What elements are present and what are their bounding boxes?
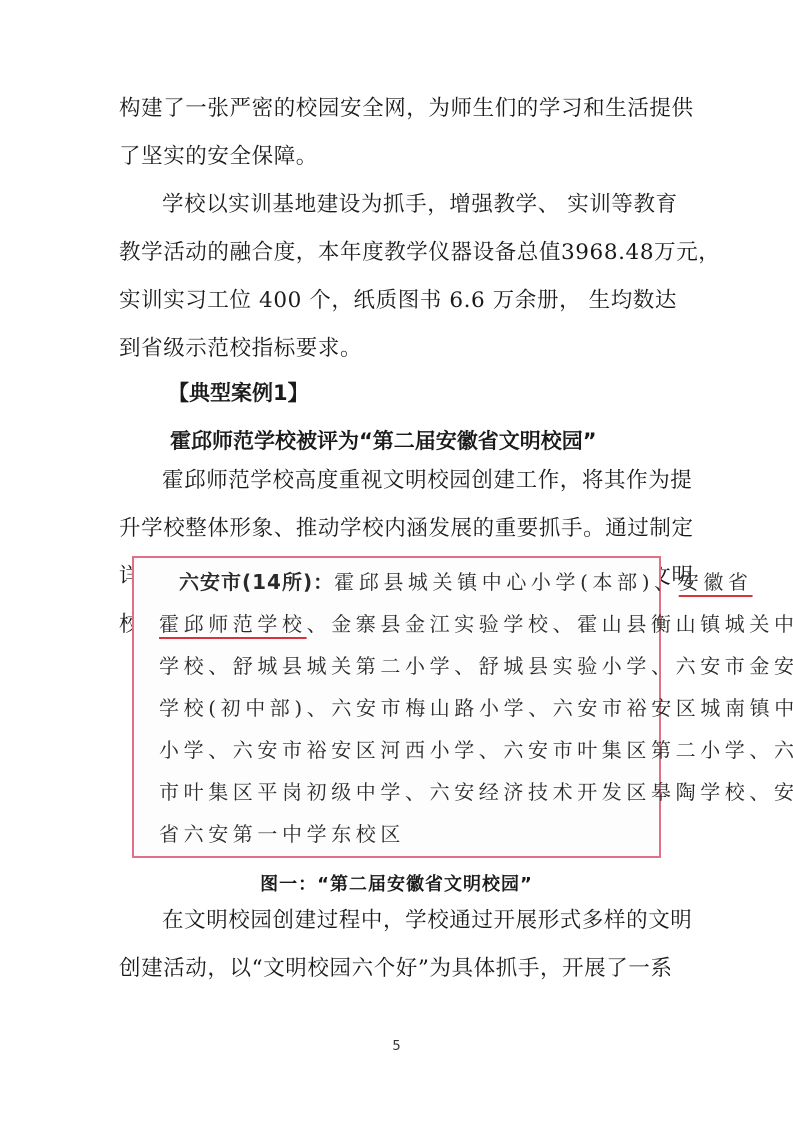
figure-line: 霍邱师范学校、金寨县金江实验学校、霍山县衡山镇城关中心 bbox=[159, 610, 793, 638]
figure-line: 学校、舒城县城关第二小学、舒城县实验小学、六安市金安路 bbox=[159, 652, 793, 680]
city-label: 六安市(14所)： bbox=[179, 570, 334, 594]
page-number: 5 bbox=[0, 1039, 793, 1054]
text-line: 学校以实训基地建设为抓手，增强教学、 实训等教育 bbox=[162, 190, 722, 220]
text-line: 在文明校园创建过程中，学校通过开展形式多样的文明 bbox=[162, 906, 722, 936]
figure-image-box: 六安市(14所)：霍邱县城关镇中心小学(本部)、安徽省 霍邱师范学校、金寨县金江… bbox=[132, 556, 661, 858]
figure-line: 六安市(14所)：霍邱县城关镇中心小学(本部)、安徽省 bbox=[179, 568, 753, 596]
document-page: 构建了一张严密的校园安全网，为师生们的学习和生活提供 了坚实的安全保障。 学校以… bbox=[0, 0, 793, 1122]
text-line: 构建了一张严密的校园安全网，为师生们的学习和生活提供 bbox=[119, 94, 679, 124]
figure-text: 、金寨县金江实验学校、霍山县衡山镇城关中心 bbox=[307, 612, 793, 636]
figure-text: 霍邱县城关镇中心小学(本部)、 bbox=[334, 570, 679, 594]
figure-caption: 图一：“第二届安徽省文明校园” bbox=[0, 872, 793, 898]
figure-line: 市叶集区平岗初级中学、六安经济技术开发区皋陶学校、安徽 bbox=[159, 778, 793, 806]
text-line: 升学校整体形象、推动学校内涵发展的重要抓手。通过制定 bbox=[119, 514, 679, 544]
text-line: 教学活动的融合度，本年度教学仪器设备总值3968.48万元， bbox=[119, 238, 679, 268]
text-line: 实训实习工位 400 个，纸质图书 6.6 万余册， 生均数达 bbox=[119, 286, 679, 316]
text-line: 到省级示范校指标要求。 bbox=[119, 334, 679, 364]
highlighted-school-name: 安徽省 bbox=[679, 570, 753, 594]
case-label: 【典型案例1】 bbox=[168, 378, 728, 408]
text-line: 霍邱师范学校高度重视文明校园创建工作，将其作为提 bbox=[162, 466, 722, 496]
figure-line: 学校(初中部)、六安市梅山路小学、六安市裕安区城南镇中心 bbox=[159, 694, 793, 722]
text-line: 创建活动，以“文明校园六个好”为具体抓手，开展了一系 bbox=[119, 954, 679, 984]
highlighted-school-name: 霍邱师范学校 bbox=[159, 612, 307, 636]
text-line: 了坚实的安全保障。 bbox=[119, 142, 679, 172]
figure-line: 小学、六安市裕安区河西小学、六安市叶集区第二小学、六安 bbox=[159, 736, 793, 764]
case-title: 霍邱师范学校被评为“第二届安徽省文明校园” bbox=[170, 426, 730, 456]
figure-line: 省六安第一中学东校区 bbox=[159, 820, 405, 848]
